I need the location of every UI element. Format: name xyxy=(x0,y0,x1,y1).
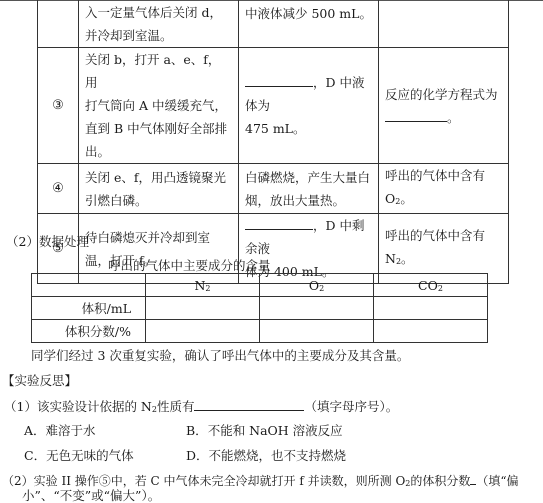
step-number xyxy=(38,0,79,48)
answer-cell[interactable] xyxy=(146,297,260,320)
step-conclusion: 反应的化学方程式为 。 xyxy=(379,48,509,164)
step-number: ④ xyxy=(38,164,79,214)
answer-cell[interactable] xyxy=(260,320,374,343)
step-conclusion: 呼出的气体中含有 O2。 xyxy=(379,164,509,214)
column-header xyxy=(32,274,146,297)
answer-cell[interactable] xyxy=(374,297,488,320)
column-header-co2: CO2 xyxy=(374,274,488,297)
table-row: 体积分数/% xyxy=(32,320,488,343)
option-a[interactable]: A．难溶于水 xyxy=(24,423,96,439)
experiment-steps-table: 入一定量气体后关闭 d， 并冷却到室温。 中液体减少 500 mL。 ③ 关闭 … xyxy=(37,0,509,284)
column-header-o2: O2 xyxy=(260,274,374,297)
step-conclusion xyxy=(379,0,509,48)
answer-cell[interactable] xyxy=(146,320,260,343)
step-number: ③ xyxy=(38,48,79,164)
section-heading-data-processing: （2）数据处理 xyxy=(6,234,89,250)
conclusion-text: 同学们经过 3 次重复实验，确认了呼出气体中的主要成分及其含量。 xyxy=(31,348,409,364)
answer-blank[interactable] xyxy=(194,398,304,411)
step-phenomenon: 白磷燃烧，产生大量白 烟，放出大量热。 xyxy=(239,164,379,214)
step-operation: 入一定量气体后关闭 d， 并冷却到室温。 xyxy=(79,0,239,48)
question-1: （1）该实验设计依据的 N2性质有（填字母序号）。 xyxy=(4,398,398,418)
step-phenomenon: 中液体减少 500 mL。 xyxy=(239,0,379,48)
answer-blank[interactable] xyxy=(245,74,313,87)
table-header-row: N2 O2 CO2 xyxy=(32,274,488,297)
table-row: 入一定量气体后关闭 d， 并冷却到室温。 中液体减少 500 mL。 xyxy=(38,0,509,48)
table-row: ④ 关闭 e、f，用凸透镜聚光 引燃白磷。 白磷燃烧，产生大量白 烟，放出大量热… xyxy=(38,164,509,214)
data-table-title: 呼出的气体中主要成分的含量 xyxy=(108,258,271,274)
answer-cell[interactable] xyxy=(374,320,488,343)
step-operation: 关闭 b，打开 a、e、f，用 打气筒向 A 中缓缓充气， 直到 B 中气体刚好… xyxy=(79,48,239,164)
step-phenomenon: ，D 中液体为 475 mL。 xyxy=(239,48,379,164)
table-row: 体积/mL xyxy=(32,297,488,320)
option-d[interactable]: D．不能燃烧，也不支持燃烧 xyxy=(186,448,346,464)
option-c[interactable]: C．无色无味的气体 xyxy=(24,448,134,464)
option-b[interactable]: B．不能和 NaOH 溶液反应 xyxy=(186,423,343,439)
reflection-heading: 【实验反思】 xyxy=(2,373,77,389)
step-operation: 关闭 e、f，用凸透镜聚光 引燃白磷。 xyxy=(79,164,239,214)
row-label-volume: 体积/mL xyxy=(32,297,146,320)
gas-content-table: N2 O2 CO2 体积/mL 体积分数/% xyxy=(31,273,488,343)
column-header-n2: N2 xyxy=(146,274,260,297)
row-label-volume-fraction: 体积分数/% xyxy=(32,320,146,343)
answer-blank[interactable] xyxy=(385,109,447,122)
question-2-continued: 小”、“不变”或“偏大”）。 xyxy=(22,488,160,503)
table-row: ③ 关闭 b，打开 a、e、f，用 打气筒向 A 中缓缓充气， 直到 B 中气体… xyxy=(38,48,509,164)
answer-cell[interactable] xyxy=(260,297,374,320)
answer-blank[interactable] xyxy=(245,217,313,230)
